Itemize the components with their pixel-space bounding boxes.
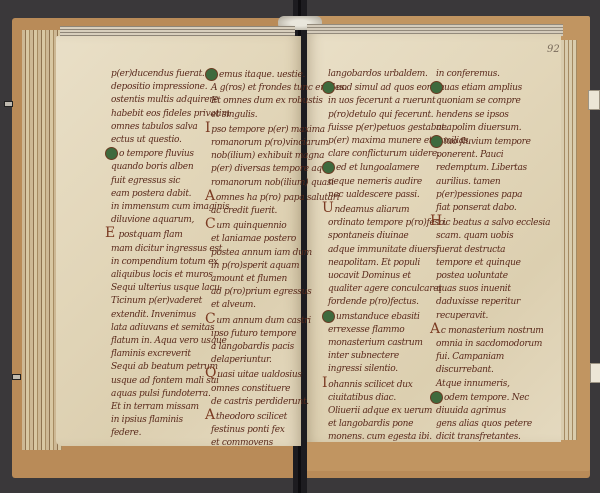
mount-tack-left-top — [4, 101, 13, 107]
green-initial — [105, 147, 118, 160]
text-line: daduxisse reperitur — [430, 296, 550, 309]
red-initial: I — [205, 122, 210, 135]
text-line: redemptum. Libertas — [430, 162, 550, 175]
text-line: scam. quam uobis — [430, 230, 550, 243]
text-line: in conferemus. — [430, 68, 550, 81]
text-line: uas etiam amplius — [430, 81, 550, 95]
text-line: Atque innumeris, — [430, 378, 550, 391]
text-line: p(er)pessiones papa — [430, 189, 550, 202]
red-initial: A — [430, 323, 440, 336]
text-line: quoniam se compre — [430, 95, 550, 108]
green-initial — [430, 81, 443, 94]
red-initial: H — [430, 215, 442, 228]
text-line: recuperavit. — [430, 310, 550, 323]
red-initial: A — [205, 190, 215, 203]
red-initial: C — [205, 218, 215, 231]
page-edges-right — [561, 40, 577, 440]
text-line: tempore et quinque — [430, 257, 550, 270]
red-initial: A — [205, 409, 215, 422]
page-marker-tab-bottom — [590, 363, 600, 383]
text-line: ponerent. Pauci — [430, 149, 550, 162]
text-line: dicit transfretantes. — [430, 431, 550, 444]
text-line: diuuida agrimus — [430, 405, 550, 418]
mount-tack-left-bottom — [12, 374, 21, 380]
green-initial — [322, 81, 335, 94]
page-marker-tab-top — [588, 90, 600, 110]
right-page-column-2: in conferemus.uas etiam ampliusquoniam s… — [430, 68, 550, 445]
text-line: aurilius. tamen — [430, 176, 550, 189]
text-line: fuerat destructa — [430, 244, 550, 257]
text-line: hendens se ipsos — [430, 109, 550, 122]
green-initial — [322, 310, 335, 323]
text-line: odem tempore. Nec — [430, 391, 550, 405]
text-line: omnia in sacdomodorum — [430, 338, 550, 351]
text-line: fui. Campaniam — [430, 351, 550, 364]
red-initial: U — [322, 202, 334, 215]
red-initial: C — [205, 313, 215, 326]
text-line: Ac monasterium nostrum — [430, 323, 550, 338]
green-initial — [322, 161, 335, 174]
text-line: Hic beatus a salvo ecclesia — [430, 215, 550, 230]
red-initial: I — [322, 377, 327, 390]
red-initial: E — [105, 227, 115, 240]
folio-number: 92 — [547, 44, 560, 55]
text-line: gens alias quos petere — [430, 418, 550, 431]
text-line: fiat ponserat dabo. — [430, 202, 550, 215]
green-initial — [205, 68, 218, 81]
text-line: quas suos inuenit — [430, 283, 550, 296]
green-initial — [430, 391, 443, 404]
text-line: postea uoluntate — [430, 270, 550, 283]
text-line: neapolim diuersum. — [430, 122, 550, 135]
red-initial: Q — [205, 367, 216, 380]
green-initial — [430, 135, 443, 148]
text-line: iuo fluvium tempore — [430, 135, 550, 149]
text-line: discurrebant. — [430, 364, 550, 377]
